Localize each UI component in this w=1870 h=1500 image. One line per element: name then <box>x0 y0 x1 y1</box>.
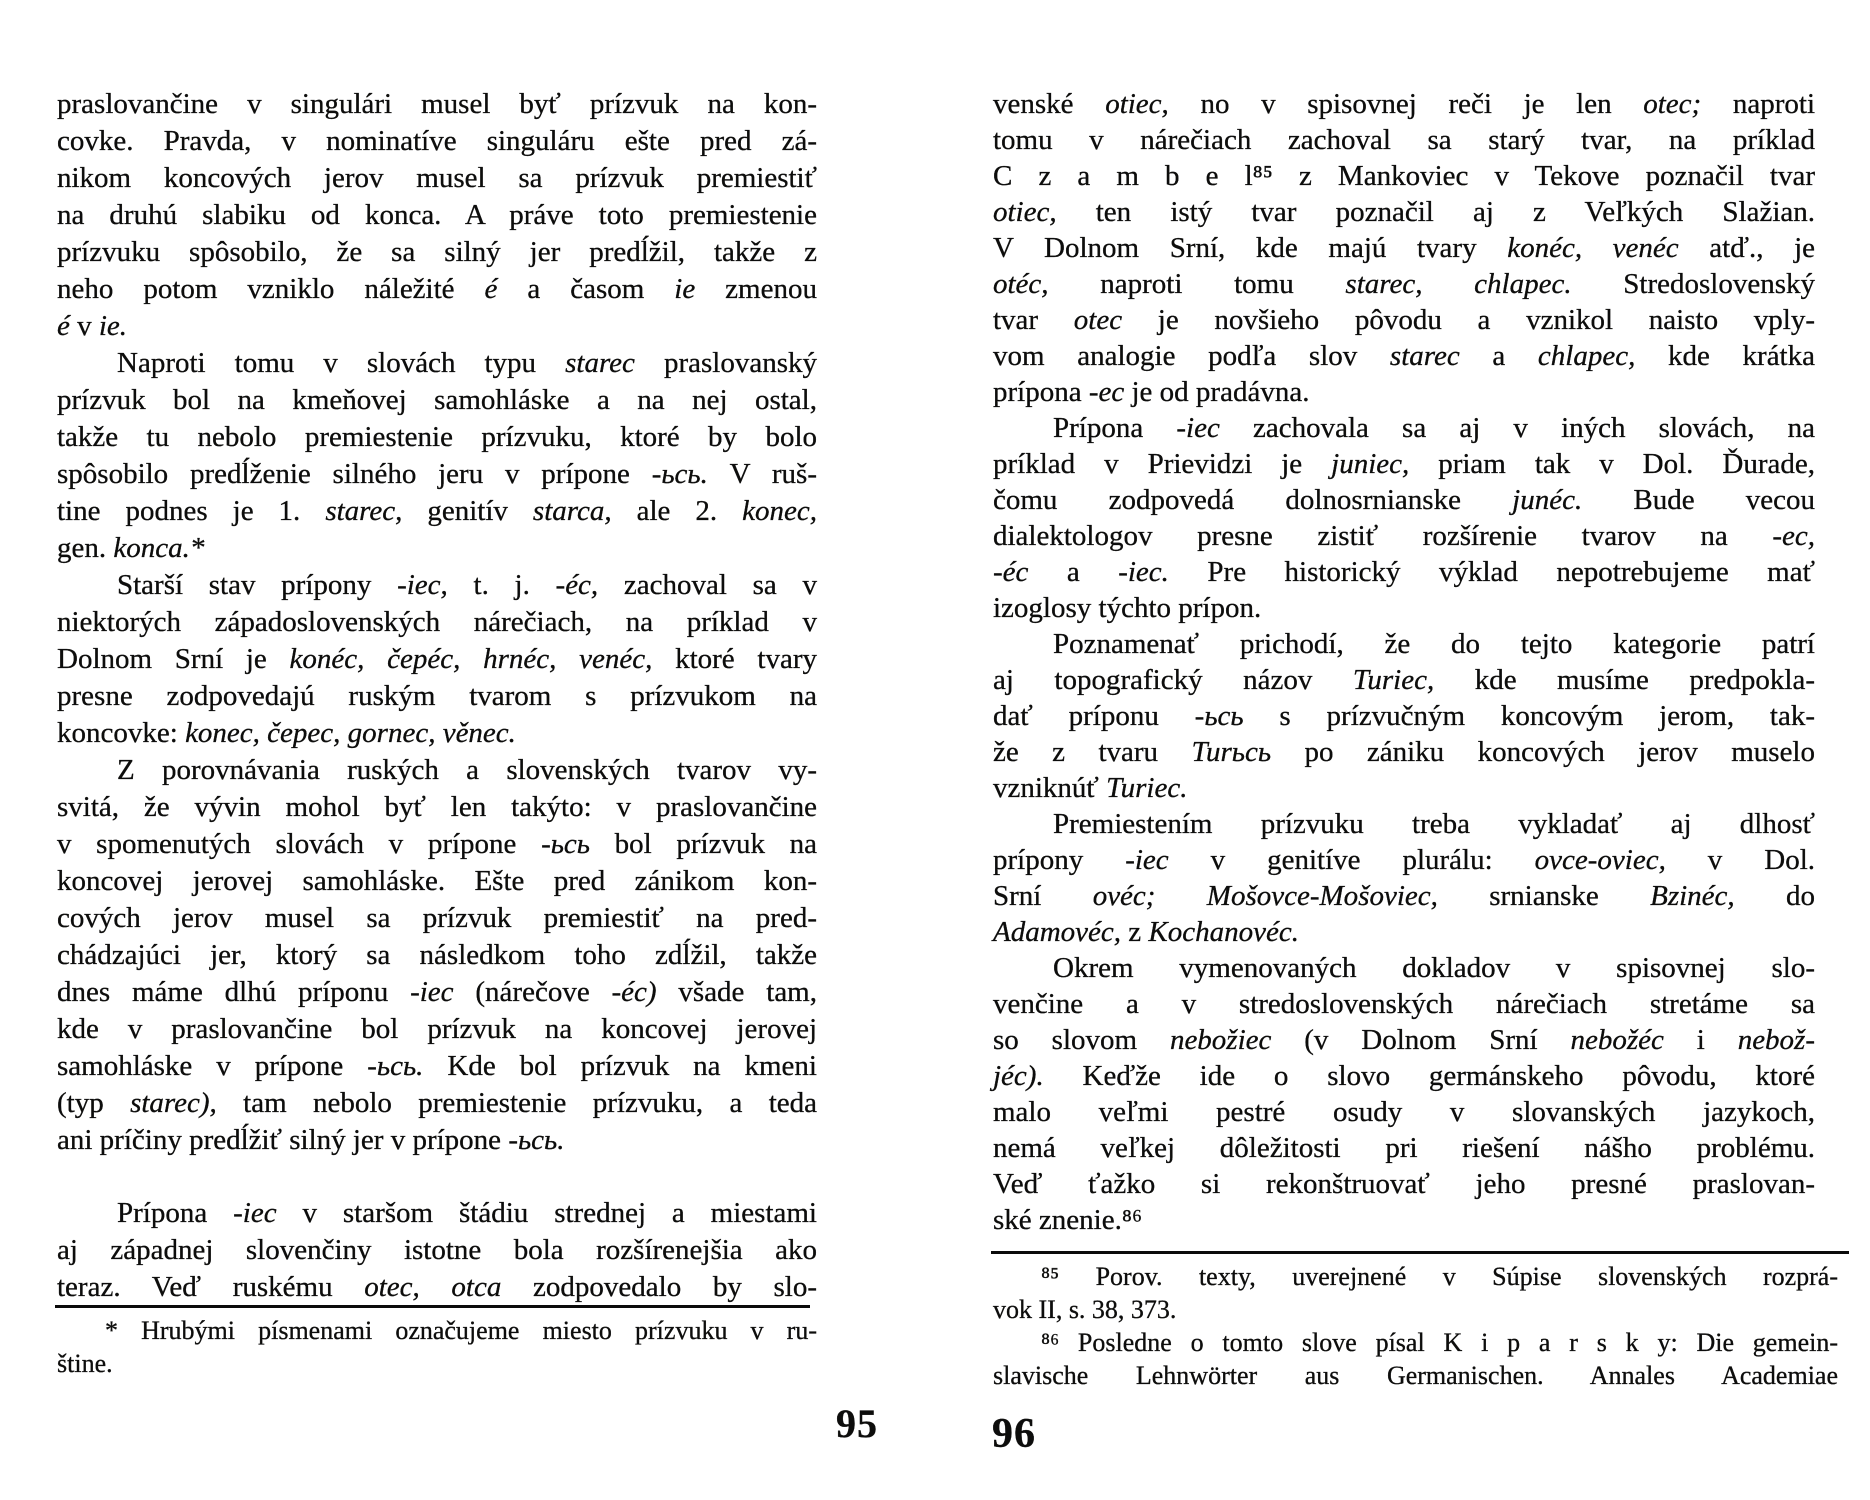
paragraph: Naproti tomu v slovách typu starec prasl… <box>57 345 817 567</box>
text-line: vzniknúť Turiec. <box>993 770 1815 806</box>
text-line: Srní ovéc; Mošovce-Mošoviec, srnianske B… <box>993 878 1815 914</box>
text-line: Prípona -iec v staršom štádiu strednej a… <box>57 1195 817 1232</box>
text-line: príklad v Prievidzi je juniec, priam tak… <box>993 446 1815 482</box>
page-96-footnotes: ⁸⁵ Porov. texty, uverejnené v Súpise slo… <box>993 1260 1838 1392</box>
text-line: v spomenutých slovách v prípone -ьcь bol… <box>57 826 817 863</box>
text-line: ské znenie.⁸⁶ <box>993 1202 1815 1238</box>
paragraph: Premiestením prízvuku treba vykladať aj … <box>993 806 1815 950</box>
text-line: Veď ťažko si rekonštruovať jeho presné p… <box>993 1166 1815 1202</box>
page-number-96: 96 <box>992 1410 1036 1458</box>
text-line: ani príčiny predĺžiť silný jer v prípone… <box>57 1122 817 1159</box>
text-line: aj topografický názov Turiec, kde musíme… <box>993 662 1815 698</box>
book-scan-spread: praslovančine v singulári musel byť príz… <box>0 0 1870 1500</box>
text-line: izoglosy týchto prípon. <box>993 590 1815 626</box>
text-line: jéc). Keďže ide o slovo germánskeho pôvo… <box>993 1058 1815 1094</box>
text-line: venčine a v stredoslovenských nárečiach … <box>993 986 1815 1022</box>
text-line: C z a m b e l⁸⁵ z Mankoviec v Tekove poz… <box>993 158 1815 194</box>
text-line: nikom koncových jerov musel sa prízvuk p… <box>57 160 817 197</box>
text-line: prípona -ec je od pradávna. <box>993 374 1815 410</box>
page-95-footnotes: * Hrubými písmenami označujeme miesto pr… <box>57 1314 817 1380</box>
paragraph: venské otiec, no v spisovnej reči je len… <box>993 86 1815 410</box>
text-line: koncovke: konec, čepec, gornec, věnec. <box>57 715 817 752</box>
paragraph: Prípona -iec zachovala sa aj v iných slo… <box>993 410 1815 626</box>
text-line: gen. konca.* <box>57 530 817 567</box>
text-line: kde v praslovančine bol prízvuk na konco… <box>57 1011 817 1048</box>
text-line: (typ starec), tam nebolo premiestenie pr… <box>57 1085 817 1122</box>
text-line: že z tvaru Turьcь po zániku koncových je… <box>993 734 1815 770</box>
text-line: V Dolnom Srní, kde majú tvary konéc, ven… <box>993 230 1815 266</box>
text-line: teraz. Veď ruskému otec, otca zodpovedal… <box>57 1269 817 1306</box>
paragraph: Prípona -iec v staršom štádiu strednej a… <box>57 1195 817 1306</box>
footnote-rule-left <box>55 1305 810 1308</box>
text-line: dialektologov presne zistiť rozšírenie t… <box>993 518 1815 554</box>
text-line: Z porovnávania ruských a slovenských tva… <box>57 752 817 789</box>
text-line: otéc, naproti tomu starec, chlapec. Stre… <box>993 266 1815 302</box>
text-line: cových jerov musel sa prízvuk premiestiť… <box>57 900 817 937</box>
text-line: vom analogie podľa slov starec a chlapec… <box>993 338 1815 374</box>
text-line: slavische Lehnwörter aus Germanischen. A… <box>993 1359 1838 1392</box>
text-line: dnes máme dlhú príponu -iec (nárečove -é… <box>57 974 817 1011</box>
text-line: prízvuk bol na kmeňovej samohláske a na … <box>57 382 817 419</box>
text-line: tomu v nárečiach zachoval sa starý tvar,… <box>993 122 1815 158</box>
page-95-body-column: praslovančine v singulári musel byť príz… <box>57 86 817 1306</box>
paragraph: Okrem vymenovaných dokladov v spisovnej … <box>993 950 1815 1238</box>
text-line: ⁸⁵ Porov. texty, uverejnené v Súpise slo… <box>993 1260 1838 1293</box>
text-line: Naproti tomu v slovách typu starec prasl… <box>57 345 817 382</box>
paragraph: * Hrubými písmenami označujeme miesto pr… <box>57 1314 817 1380</box>
text-line: Okrem vymenovaných dokladov v spisovnej … <box>993 950 1815 986</box>
text-line: -éc a -iec. Pre historický výklad nepotr… <box>993 554 1815 590</box>
text-line: neho potom vzniklo náležité é a časom ie… <box>57 271 817 308</box>
text-line: koncovej jerovej samohláske. Ešte pred z… <box>57 863 817 900</box>
paragraph: praslovančine v singulári musel byť príz… <box>57 86 817 345</box>
text-line: spôsobilo predĺženie silného jeru v príp… <box>57 456 817 493</box>
text-line: é v ie. <box>57 308 817 345</box>
text-line: venské otiec, no v spisovnej reči je len… <box>993 86 1815 122</box>
text-line: Prípona -iec zachovala sa aj v iných slo… <box>993 410 1815 446</box>
text-line: dať príponu -ьcь s prízvučným koncovým j… <box>993 698 1815 734</box>
paragraph: ⁸⁵ Porov. texty, uverejnené v Súpise slo… <box>993 1260 1838 1326</box>
text-line: vok II, s. 38, 373. <box>993 1293 1838 1326</box>
text-line: na druhú slabiku od konca. A práve toto … <box>57 197 817 234</box>
text-line: presne zodpovedajú ruským tvarom s prízv… <box>57 678 817 715</box>
text-line: samohláske v prípone -ьcь. Kde bol prízv… <box>57 1048 817 1085</box>
text-line: prízvuku spôsobilo, že sa silný jer pred… <box>57 234 817 271</box>
text-line: otiec, ten istý tvar poznačil aj z Veľký… <box>993 194 1815 230</box>
paragraph: Starší stav prípony -iec, t. j. -éc, zac… <box>57 567 817 752</box>
text-line: tine podnes je 1. starec, genitív starca… <box>57 493 817 530</box>
text-line: niektorých západoslovenských nárečiach, … <box>57 604 817 641</box>
text-line: malo veľmi pestré osudy v slovanských ja… <box>993 1094 1815 1130</box>
text-line: nemá veľkej dôležitosti pri riešení nášh… <box>993 1130 1815 1166</box>
text-line: aj západnej slovenčiny istotne bola rozš… <box>57 1232 817 1269</box>
text-line: čomu zodpovedá dolnosrnianske junéc. Bud… <box>993 482 1815 518</box>
text-line: prípony -iec v genitíve plurálu: ovce-ov… <box>993 842 1815 878</box>
text-line: tvar otec je novšieho pôvodu a vznikol n… <box>993 302 1815 338</box>
text-line: Poznamenať prichodí, že do tejto kategor… <box>993 626 1815 662</box>
paragraph: Z porovnávania ruských a slovenských tva… <box>57 752 817 1159</box>
text-line: Starší stav prípony -iec, t. j. -éc, zac… <box>57 567 817 604</box>
paragraph: ⁸⁶ Posledne o tomto slove písal K i p a … <box>993 1326 1838 1392</box>
text-line: so slovom nebožiec (v Dolnom Srní nebožé… <box>993 1022 1815 1058</box>
text-line: svitá, že vývin mohol byť len takýto: v … <box>57 789 817 826</box>
text-line: takže tu nebolo premiestenie prízvuku, k… <box>57 419 817 456</box>
footnote-rule-right <box>991 1251 1849 1254</box>
text-line: štine. <box>57 1347 817 1380</box>
page-96-body-column: venské otiec, no v spisovnej reči je len… <box>993 86 1815 1238</box>
page-number-95: 95 <box>836 1400 878 1447</box>
text-line: Adamovéc, z Kochanovéc. <box>993 914 1815 950</box>
text-line: Premiestením prízvuku treba vykladať aj … <box>993 806 1815 842</box>
text-line: chádzajúci jer, ktorý sa následkom toho … <box>57 937 817 974</box>
text-line: Dolnom Srní je konéc, čepéc, hrnéc, vené… <box>57 641 817 678</box>
text-line: ⁸⁶ Posledne o tomto slove písal K i p a … <box>993 1326 1838 1359</box>
text-line: covke. Pravda, v nominatíve singuláru eš… <box>57 123 817 160</box>
paragraph: Poznamenať prichodí, že do tejto kategor… <box>993 626 1815 806</box>
text-line: * Hrubými písmenami označujeme miesto pr… <box>57 1314 817 1347</box>
text-line: praslovančine v singulári musel byť príz… <box>57 86 817 123</box>
